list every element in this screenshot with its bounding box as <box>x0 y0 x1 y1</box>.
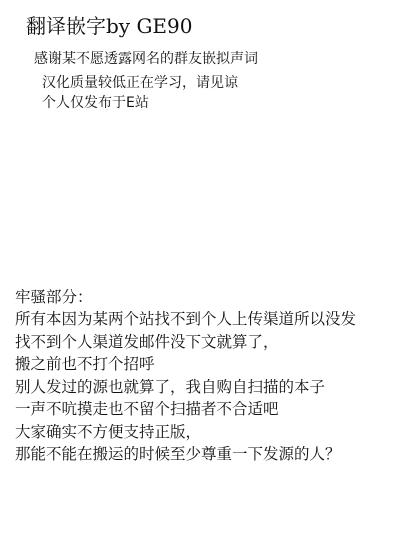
note-line: 汉化质量较低正在学习，请见谅 <box>42 74 238 92</box>
note-line: 个人仅发布于E站 <box>42 94 149 112</box>
rant-line: 找不到个人渠道发邮件没下文就算了， <box>15 332 279 352</box>
rant-line: 大家确实不方便支持正版， <box>15 422 201 442</box>
rant-heading: 牢骚部分： <box>15 287 93 307</box>
rant-line: 一声不吭摸走也不留个扫描者不合适吧 <box>15 399 279 419</box>
rant-line: 搬之前也不打个招呼 <box>15 354 155 374</box>
page-title: 翻译嵌字by GE90 <box>26 14 192 38</box>
credit-line: 感谢某不愿透露网名的群友嵌拟声词 <box>34 50 258 68</box>
rant-line: 所有本因为某两个站找不到个人上传渠道所以没发 <box>15 309 356 329</box>
rant-line: 那能不能在搬运的时候至少尊重一下发源的人？ <box>15 444 341 464</box>
title-latin: by GE90 <box>106 14 192 38</box>
rant-line: 别人发过的源也就算了，我自购自扫描的本子 <box>15 377 325 397</box>
title-cjk: 翻译嵌字 <box>26 14 106 38</box>
